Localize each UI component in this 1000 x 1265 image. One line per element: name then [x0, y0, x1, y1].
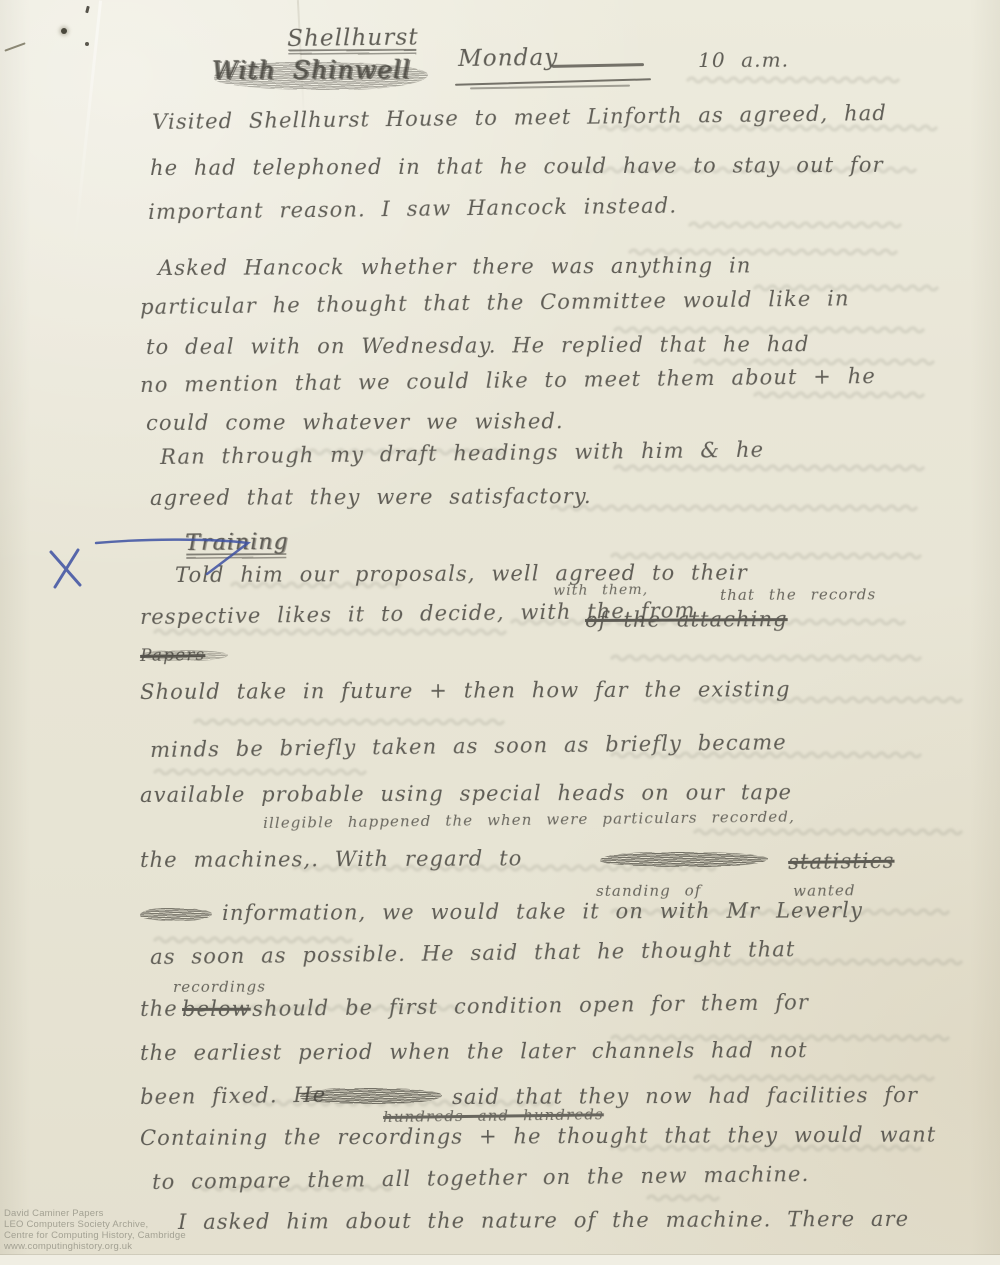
- handwritten-line: hundreds and hundreds: [383, 1105, 604, 1126]
- handwritten-line: said that they now had facilities for: [452, 1083, 918, 1109]
- scribbled-out-word: [300, 1088, 442, 1104]
- paper-crease: [73, 1, 102, 250]
- handwritten-line: standing of: [596, 882, 702, 900]
- handwritten-line: that the records: [720, 585, 876, 604]
- blue-annotation-marks: [0, 0, 1000, 1265]
- archive-watermark: David Caminer Papers LEO Computers Socie…: [4, 1208, 186, 1252]
- handwritten-line: wanted: [793, 881, 856, 900]
- handwritten-line: the machines,. With regard to: [140, 846, 523, 872]
- handwritten-line: the earliest period when the later chann…: [140, 1038, 808, 1065]
- watermark-line: David Caminer Papers: [4, 1208, 186, 1219]
- handwritten-line: with them,: [553, 582, 648, 599]
- handwritten-line: below: [182, 997, 251, 1021]
- handwritten-line: of the attaching: [585, 607, 788, 632]
- heading-dash-stroke: [552, 63, 644, 68]
- x-mark: [55, 550, 78, 587]
- watermark-line: LEO Computers Society Archive,: [4, 1219, 186, 1230]
- handwritten-line: no mention that we could like to meet th…: [140, 364, 876, 397]
- handwritten-line: recordings: [173, 978, 266, 996]
- handwritten-line: Should take in future + then how far the…: [140, 677, 791, 704]
- handwritten-line: to deal with on Wednesday. He replied th…: [146, 332, 810, 359]
- scribbled-out-word: [214, 62, 428, 90]
- handwritten-line: available probable using special heads o…: [140, 780, 792, 807]
- handwritten-line: as soon as possible. He said that he tho…: [150, 937, 796, 969]
- watermark-line: www.computinghistory.org.uk: [4, 1241, 186, 1252]
- paper-speck: [61, 28, 67, 34]
- handwritten-line: minds be briefly taken as soon as briefl…: [150, 730, 787, 762]
- place-heading: Shellhurst: [287, 24, 419, 52]
- section-heading-training: Training: [185, 530, 289, 556]
- handwritten-line: could come whatever we wished.: [146, 409, 564, 435]
- handwritten-line: Asked Hancock whether there was anything…: [158, 253, 752, 280]
- paper-bottom-edge: [0, 1254, 1000, 1265]
- handwritten-line: been fixed. He: [140, 1083, 326, 1109]
- paper-scratch: [4, 42, 25, 51]
- handwritten-line: I asked him about the nature of the mach…: [178, 1207, 909, 1234]
- scribbled-out-word: [140, 908, 212, 921]
- scribbled-out-word: [600, 852, 768, 867]
- handwritten-line: the: [140, 997, 178, 1021]
- handwritten-line: Visited Shellhurst House to meet Linfort…: [152, 101, 887, 134]
- paper-speck: [85, 42, 89, 46]
- handwritten-line: agreed that they were satisfactory.: [150, 484, 592, 510]
- handwritten-line: should be first condition open for them …: [252, 990, 809, 1021]
- time-heading: 10 a.m.: [698, 48, 789, 72]
- scribbled-out-word: [140, 650, 228, 661]
- handwritten-line: illegible happened the when were particu…: [263, 808, 795, 832]
- handwritten-line: Ran through my draft headings with him &…: [160, 438, 764, 469]
- handwritten-line: Containing the recordings + he thought t…: [140, 1123, 936, 1150]
- bleedthrough-ghost-writing: [0, 0, 1000, 1265]
- handwritten-line: Told him our proposals, well agreed to t…: [175, 561, 748, 587]
- handwritten-line: particular he thought that the Committee…: [140, 286, 850, 319]
- handwritten-line: important reason. I saw Hancock instead.: [148, 194, 677, 224]
- watermark-line: Centre for Computing History, Cambridge: [4, 1230, 186, 1241]
- handwritten-line: he had telephoned in that he could have …: [150, 153, 884, 180]
- heading-underline: [470, 85, 630, 89]
- paper-speck: [85, 6, 90, 14]
- x-mark: [51, 552, 80, 585]
- manuscript-page: ShellhurstWith ShinwellMonday10 a.m.Visi…: [0, 0, 1000, 1265]
- handwritten-line: information, we would take it on with Mr…: [222, 898, 863, 925]
- day-heading: Monday: [458, 45, 559, 72]
- handwritten-line: to compare them all together on the new …: [152, 1162, 809, 1194]
- handwritten-line: statistics: [788, 849, 895, 874]
